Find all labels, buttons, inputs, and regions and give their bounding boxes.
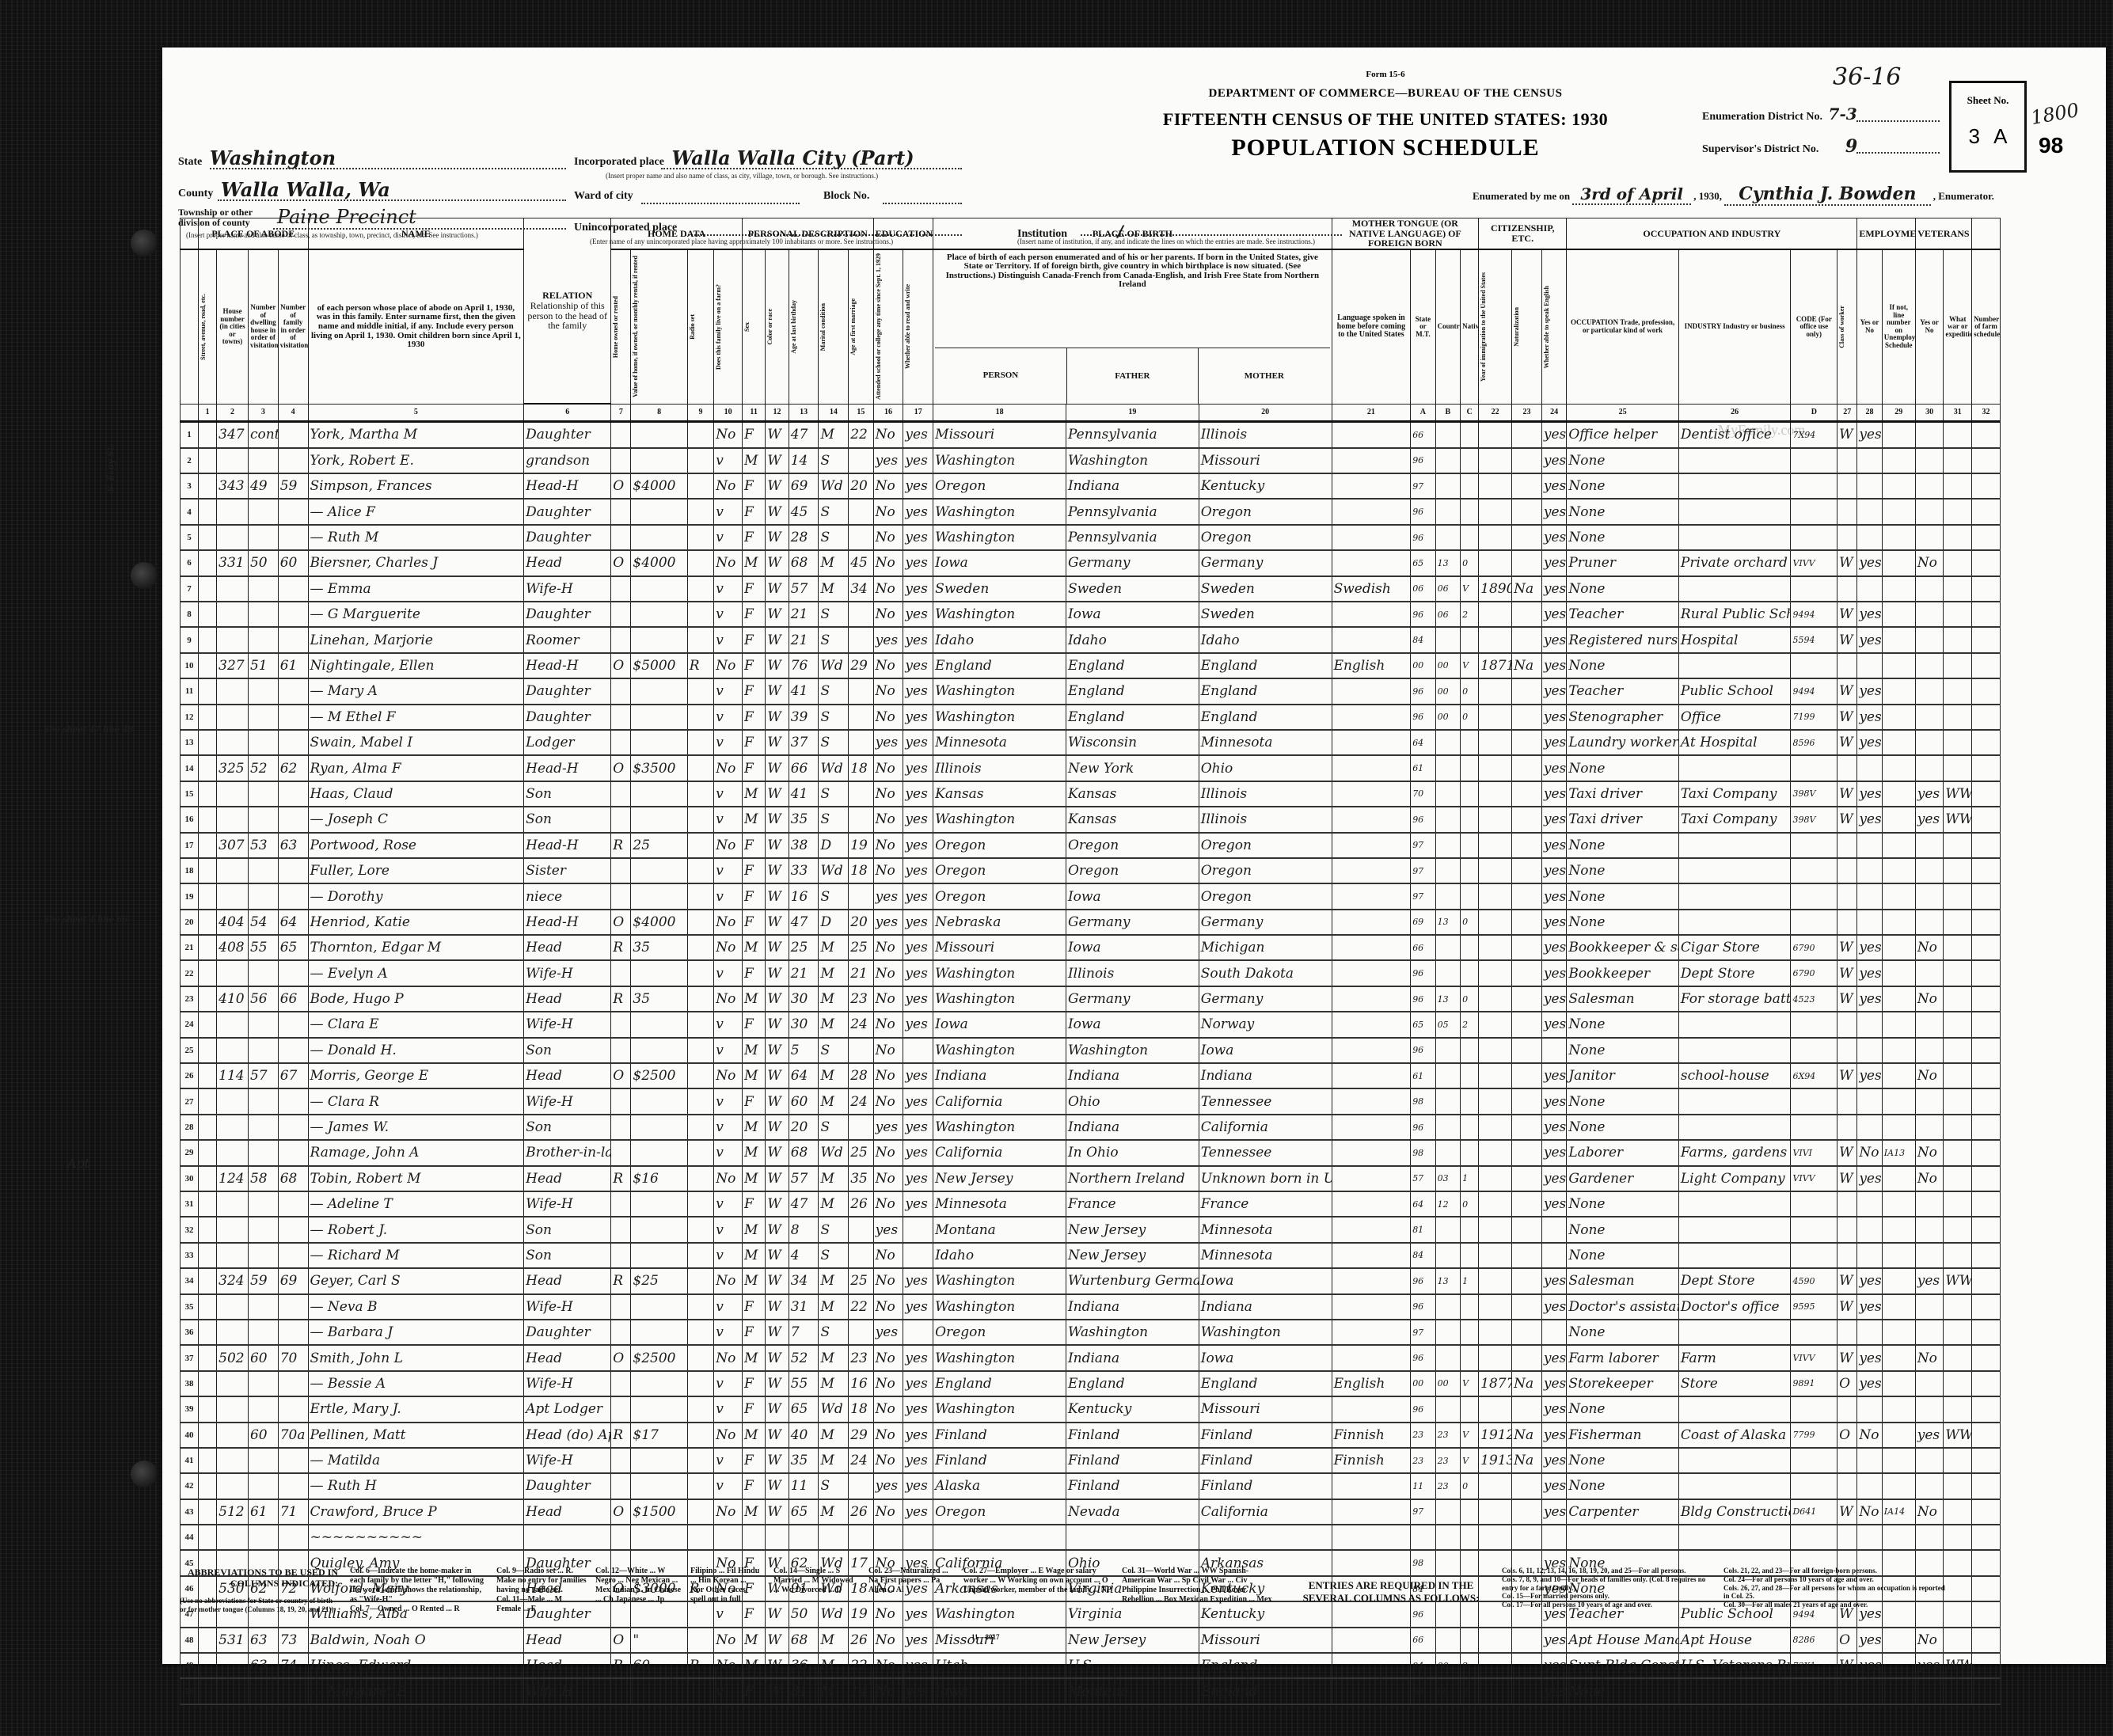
cell-name: Bode, Hugo P — [308, 986, 524, 1012]
cell-occ: None — [1567, 833, 1679, 858]
cell-cls — [1837, 1448, 1857, 1473]
cell-fs — [1972, 1166, 2001, 1191]
cell-imm — [1479, 755, 1512, 781]
cell-agem: 24 — [849, 1088, 873, 1114]
cell-radio — [687, 1448, 714, 1473]
cell-cls — [1837, 755, 1857, 781]
cell-bp: Washington — [933, 499, 1066, 524]
cell-bpm: Oregon — [1199, 858, 1332, 883]
cell-fam — [278, 1371, 308, 1396]
cell-sex: F — [742, 525, 765, 550]
state-underline — [210, 168, 566, 169]
cell-occ: Bookkeeper — [1567, 960, 1679, 986]
census-row: 42— Ruth HDaughtervFW11SyesyesAlaskaFinl… — [181, 1473, 2001, 1499]
cell-race: W — [766, 858, 789, 883]
cell-code — [1791, 1243, 1837, 1268]
corner-mark-1800: 1800 — [2029, 99, 2081, 129]
cell-bpf: Kentucky — [1066, 1396, 1199, 1422]
cell-vet — [1915, 1191, 1944, 1217]
cell-agem — [849, 1320, 873, 1345]
cell-dwell — [248, 1243, 278, 1268]
cell-fam: 67 — [278, 1063, 308, 1088]
cell-emp: yes — [1857, 550, 1882, 576]
cell-read: yes — [903, 1396, 933, 1422]
cell-age: 64 — [789, 1063, 819, 1088]
cell-code: 9494 — [1791, 602, 1837, 627]
cell-fs — [1972, 1243, 2001, 1268]
cell-street — [199, 653, 217, 678]
cell-mar: S — [819, 1243, 849, 1268]
enumerator-name: Cynthia J. Bowden — [1724, 184, 1930, 206]
line-number: 20 — [181, 910, 199, 935]
census-row: 38— Bessie AWife-HvFW55M16NoyesEnglandEn… — [181, 1371, 2001, 1396]
cell-bp: Washington — [933, 1345, 1066, 1370]
cell-imm — [1479, 807, 1512, 832]
cell-fs — [1972, 550, 2001, 576]
cell-val: 60 — [631, 1653, 687, 1678]
cell-sex: F — [742, 1473, 765, 1499]
cell-val — [631, 1294, 687, 1320]
cell-radio — [687, 858, 714, 883]
cell-radio — [687, 1320, 714, 1345]
col-radio: Radio set — [687, 249, 714, 405]
cell-war — [1944, 448, 1972, 473]
cell-val — [631, 807, 687, 832]
cell-read: yes — [903, 1088, 933, 1114]
cell-emp: yes — [1857, 1268, 1882, 1293]
cell-sch: No — [873, 1243, 903, 1268]
cell-unemp — [1882, 1423, 1915, 1448]
cell-rel: Son — [524, 807, 611, 832]
street-note: S. Espy St. — [106, 444, 116, 492]
cell-emp: yes — [1857, 1371, 1882, 1396]
cell-sex: M — [742, 550, 765, 576]
cell-read: yes — [903, 525, 933, 550]
cell-cls: W — [1837, 986, 1857, 1012]
cell-vet — [1915, 1448, 1944, 1473]
cell-imm — [1479, 473, 1512, 499]
cell-c — [1461, 807, 1479, 832]
cell-eng — [1541, 1525, 1566, 1550]
cell-nat — [1512, 1268, 1542, 1293]
line-number: 7 — [181, 576, 199, 602]
cell-b: 13 — [1435, 1268, 1460, 1293]
cell-house — [217, 1243, 249, 1268]
cell-nat — [1512, 1217, 1542, 1242]
cell-house — [217, 883, 249, 909]
cell-street — [199, 1191, 217, 1217]
cell-vet — [1915, 448, 1944, 473]
cell-lang — [1332, 1268, 1411, 1293]
cell-sch: No — [873, 1063, 903, 1088]
cell-ind — [1678, 1243, 1791, 1268]
census-sheet: State Washington County Walla Walla, Wa … — [162, 47, 2106, 1664]
cell-farm: v — [714, 1088, 743, 1114]
cell-sch: No — [873, 986, 903, 1012]
cell-sch: No — [873, 678, 903, 704]
cell-eng: yes — [1541, 653, 1566, 678]
cell-own — [611, 602, 631, 627]
cell-cls — [1837, 1088, 1857, 1114]
cell-nat — [1512, 960, 1542, 986]
cell-age: 55 — [789, 1371, 819, 1396]
cell-bp: Oregon — [933, 473, 1066, 499]
cell-mar: M — [819, 1653, 849, 1678]
cell-fam — [278, 627, 308, 652]
cell-ind — [1678, 1088, 1791, 1114]
column-number: 16 — [873, 404, 903, 422]
line-number: 14 — [181, 755, 199, 781]
cell-race: W — [766, 1063, 789, 1088]
cell-ind: Farm — [1678, 1345, 1791, 1370]
cell-bpm: Illinois — [1199, 781, 1332, 807]
cell-fs — [1972, 1423, 2001, 1448]
cell-mar: S — [819, 781, 849, 807]
cell-b — [1435, 1345, 1460, 1370]
cell-own — [611, 1371, 631, 1396]
cell-sch: No — [873, 833, 903, 858]
cell-cls — [1837, 1473, 1857, 1499]
cell-cls — [1837, 1525, 1857, 1550]
cell-own: O — [611, 550, 631, 576]
column-number: 32 — [1972, 404, 2001, 422]
cell-race: W — [766, 550, 789, 576]
cell-a: 94 — [1411, 1653, 1435, 1678]
cell-sch: No — [873, 1448, 903, 1473]
cell-bpm: California — [1199, 1115, 1332, 1140]
cell-race: W — [766, 1038, 789, 1063]
cell-radio — [687, 755, 714, 781]
cell-code: 9595 — [1791, 1294, 1837, 1320]
cell-ind: Hospital — [1678, 627, 1791, 652]
cell-c — [1461, 1320, 1479, 1345]
cell-bpm: Oregon — [1199, 525, 1332, 550]
cell-bp: Missouri — [933, 935, 1066, 960]
cell-war: WW — [1944, 781, 1972, 807]
line-number: 9 — [181, 627, 199, 652]
census-row: 11— Mary ADaughtervFW41SNoyesWashingtonE… — [181, 678, 2001, 704]
cell-code: 4590 — [1791, 1268, 1837, 1293]
cell-age: 37 — [789, 730, 819, 755]
ed-underline — [1856, 120, 1940, 122]
cell-farm — [714, 1525, 743, 1550]
cell-bp: England — [933, 653, 1066, 678]
cell-farm: v — [714, 1243, 743, 1268]
cell-house — [217, 1448, 249, 1473]
cell-radio — [687, 448, 714, 473]
cell-street — [199, 1448, 217, 1473]
cell-radio — [687, 807, 714, 832]
cell-code — [1791, 1678, 1837, 1704]
cell-ind — [1678, 473, 1791, 499]
cell-occ: Taxi driver — [1567, 807, 1679, 832]
cell-farm: v — [714, 1448, 743, 1473]
cell-mar: M — [819, 1191, 849, 1217]
cell-val — [631, 1448, 687, 1473]
cell-read: yes — [903, 807, 933, 832]
cell-street — [199, 1217, 217, 1242]
cell-dwell: 54 — [248, 910, 278, 935]
column-number: 21 — [1332, 404, 1411, 422]
cell-name: Swain, Mabel I — [308, 730, 524, 755]
cell-read: yes — [903, 935, 933, 960]
cell-rel: Head — [524, 550, 611, 576]
cell-rel: Daughter — [524, 1473, 611, 1499]
cell-read: yes — [903, 986, 933, 1012]
cell-fam: 64 — [278, 910, 308, 935]
cell-house — [217, 960, 249, 986]
cell-fam — [278, 858, 308, 883]
cell-own — [611, 525, 631, 550]
cell-sex: M — [742, 1243, 765, 1268]
cell-bp: Utah — [933, 1653, 1066, 1678]
cell-imm — [1479, 935, 1512, 960]
cell-vet — [1915, 1525, 1944, 1550]
col-immigration-year: Year of immigration to the United States — [1479, 249, 1512, 405]
cell-own — [611, 1012, 631, 1037]
cell-war — [1944, 935, 1972, 960]
cell-eng: yes — [1541, 935, 1566, 960]
cell-code: 4523 — [1791, 986, 1837, 1012]
cell-nat — [1512, 1653, 1542, 1678]
cell-code: VIVV — [1791, 550, 1837, 576]
cell-sex: F — [742, 473, 765, 499]
cell-dwell — [248, 1191, 278, 1217]
group-home-data: HOME DATA — [611, 218, 743, 249]
census-row: 103275161Nightingale, EllenHead-HO$5000R… — [181, 653, 2001, 678]
cell-mar: D — [819, 833, 849, 858]
census-row: 9Linehan, MarjorieRoomervFW21SyesyesIdah… — [181, 627, 2001, 652]
cell-fam — [278, 1012, 308, 1037]
cell-a: 96 — [1411, 525, 1435, 550]
cell-lang: English — [1332, 1371, 1411, 1396]
cell-imm — [1479, 781, 1512, 807]
cell-nat — [1512, 1166, 1542, 1191]
cell-c: 0 — [1461, 705, 1479, 730]
cell-vet — [1915, 730, 1944, 755]
cell-mar: Wd — [819, 755, 849, 781]
cell-farm: No — [714, 935, 743, 960]
cell-imm — [1479, 910, 1512, 935]
cell-bp: Finland — [933, 1448, 1066, 1473]
cell-bpf: Wurtenburg Germany — [1066, 1268, 1199, 1293]
cell-name: Hines, Edward — [308, 1653, 524, 1678]
cell-rel: Daughter — [524, 525, 611, 550]
cell-name: Ramage, John A — [308, 1140, 524, 1165]
cell-c — [1461, 781, 1479, 807]
cell-sch: yes — [873, 1473, 903, 1499]
cell-emp — [1857, 883, 1882, 909]
cell-house — [217, 807, 249, 832]
cell-farm: v — [714, 705, 743, 730]
cell-bp: Minnesota — [933, 1191, 1066, 1217]
cell-rel: Head-H — [524, 910, 611, 935]
cell-bp: England — [933, 1371, 1066, 1396]
cell-lang — [1332, 627, 1411, 652]
cell-sch: No — [873, 960, 903, 986]
col-sex: Sex — [742, 249, 765, 405]
cell-nat — [1512, 1243, 1542, 1268]
cell-age: 47 — [789, 910, 819, 935]
cell-emp: No — [1857, 1423, 1882, 1448]
cell-b: 00 — [1435, 705, 1460, 730]
column-number: 10 — [714, 404, 743, 422]
cell-unemp — [1882, 1191, 1915, 1217]
cell-bpf: Finland — [1066, 1473, 1199, 1499]
cell-c — [1461, 730, 1479, 755]
cell-age: 25 — [789, 935, 819, 960]
cell-eng: yes — [1541, 833, 1566, 858]
cell-own — [611, 1294, 631, 1320]
cell-bpm: Indiana — [1199, 1063, 1332, 1088]
cell-bp: Washington — [933, 705, 1066, 730]
cell-house — [217, 499, 249, 524]
cell-mar: S — [819, 448, 849, 473]
cell-street — [199, 781, 217, 807]
cell-farm: No — [714, 422, 743, 448]
cell-ind — [1678, 499, 1791, 524]
cell-vet — [1915, 1038, 1944, 1063]
cell-name: Crawford, Bruce P — [308, 1499, 524, 1525]
cell-occ: Salesman — [1567, 1268, 1679, 1293]
cell-bp: Washington — [933, 678, 1066, 704]
cell-farm: v — [714, 781, 743, 807]
cell-house — [217, 1473, 249, 1499]
cell-occ: None — [1567, 1088, 1679, 1114]
column-number: 12 — [766, 404, 789, 422]
cell-farm: v — [714, 1140, 743, 1165]
cell-emp: yes — [1857, 1653, 1882, 1678]
census-row: 24— Clara EWife-HvFW30M24NoyesIowaIowaNo… — [181, 1012, 2001, 1037]
state-value: Washington — [210, 146, 336, 169]
cell-agem — [849, 730, 873, 755]
cell-name: — M Ethel F — [308, 705, 524, 730]
col-owned-rented: Home owned or rented — [611, 249, 631, 405]
cell-lang — [1332, 910, 1411, 935]
cell-read: yes — [903, 1012, 933, 1037]
cell-vet — [1915, 602, 1944, 627]
cell-emp: yes — [1857, 705, 1882, 730]
cell-street — [199, 1268, 217, 1293]
cell-vet — [1915, 910, 1944, 935]
cell-imm — [1479, 1012, 1512, 1037]
cell-unemp: IA14 — [1882, 1499, 1915, 1525]
cell-ind: Bldg Construction — [1678, 1499, 1791, 1525]
cell-read: yes — [903, 1448, 933, 1473]
cell-dwell — [248, 807, 278, 832]
cell-lang — [1332, 602, 1411, 627]
cell-age: 35 — [789, 1448, 819, 1473]
cell-radio — [687, 1191, 714, 1217]
cell-farm: v — [714, 1396, 743, 1422]
cell-dwell — [248, 1525, 278, 1550]
cell-c: 1 — [1461, 1166, 1479, 1191]
cell-imm — [1479, 1320, 1512, 1345]
cell-read: yes — [903, 960, 933, 986]
cell-occ: None — [1567, 499, 1679, 524]
cell-dwell — [248, 1473, 278, 1499]
cell-nat — [1512, 1140, 1542, 1165]
cell-read: yes — [903, 422, 933, 448]
cell-lang — [1332, 1499, 1411, 1525]
cell-ind: Office — [1678, 705, 1791, 730]
cell-lang — [1332, 1115, 1411, 1140]
cell-imm: 1913 — [1479, 1448, 1512, 1473]
cell-lang — [1332, 1140, 1411, 1165]
cell-bp: Oregon — [933, 833, 1066, 858]
census-row: 261145767Morris, George EHeadO$2500NoMW6… — [181, 1063, 2001, 1088]
cell-b — [1435, 935, 1460, 960]
cell-age: 69 — [789, 473, 819, 499]
cell-code — [1791, 653, 1837, 678]
cell-name: — Ruth H — [308, 1473, 524, 1499]
group-farm — [1972, 218, 2001, 249]
cell-mar: M — [819, 1268, 849, 1293]
sheet-number-box: Sheet No. 3 A — [1949, 81, 2027, 173]
cell-eng — [1541, 1320, 1566, 1345]
cell-dwell — [248, 1115, 278, 1140]
cell-radio — [687, 1423, 714, 1448]
cell-radio — [687, 525, 714, 550]
cell-war — [1944, 1038, 1972, 1063]
cell-bpf: Pennsylvania — [1066, 499, 1199, 524]
cell-unemp — [1882, 883, 1915, 909]
cell-a: 96 — [1411, 1294, 1435, 1320]
cell-code: 398V — [1791, 807, 1837, 832]
cell-eng: yes — [1541, 960, 1566, 986]
cell-name: — Dorothy — [308, 883, 524, 909]
cell-imm — [1479, 883, 1512, 909]
cell-war — [1944, 1191, 1972, 1217]
state-field: State Washington — [178, 146, 336, 169]
cell-bpm: England — [1199, 1678, 1332, 1704]
cell-war: WW — [1944, 807, 1972, 832]
cell-name: — Robert J. — [308, 1217, 524, 1242]
cell-a: 11 — [1411, 1473, 1435, 1499]
cell-cls: W — [1837, 705, 1857, 730]
cell-house — [217, 781, 249, 807]
line-number: 35 — [181, 1294, 199, 1320]
cell-vet — [1915, 1396, 1944, 1422]
cell-cls: W — [1837, 1063, 1857, 1088]
cell-bp: Washington — [933, 1268, 1066, 1293]
line-number: 26 — [181, 1063, 199, 1088]
cell-street — [199, 1653, 217, 1678]
cell-rel: Son — [524, 1217, 611, 1242]
cell-mar: S — [819, 525, 849, 550]
cell-sex: F — [742, 422, 765, 448]
cell-lang — [1332, 986, 1411, 1012]
cell-bpf: Sweden — [1066, 576, 1199, 602]
cell-lang — [1332, 448, 1411, 473]
cell-emp — [1857, 1396, 1882, 1422]
cell-war — [1944, 499, 1972, 524]
cell-war — [1944, 1012, 1972, 1037]
column-number: 13 — [789, 404, 819, 422]
cell-c — [1461, 883, 1479, 909]
cell-dwell: 60 — [248, 1345, 278, 1370]
cell-street — [199, 910, 217, 935]
cell-farm: v — [714, 858, 743, 883]
cell-cls — [1837, 1012, 1857, 1037]
cell-sex: F — [742, 602, 765, 627]
cell-war — [1944, 858, 1972, 883]
cell-cls: W — [1837, 550, 1857, 576]
cell-rel: Daughter — [524, 499, 611, 524]
column-number: 20 — [1199, 404, 1332, 422]
cell-name: — Emma — [308, 576, 524, 602]
line-number: 25 — [181, 1038, 199, 1063]
